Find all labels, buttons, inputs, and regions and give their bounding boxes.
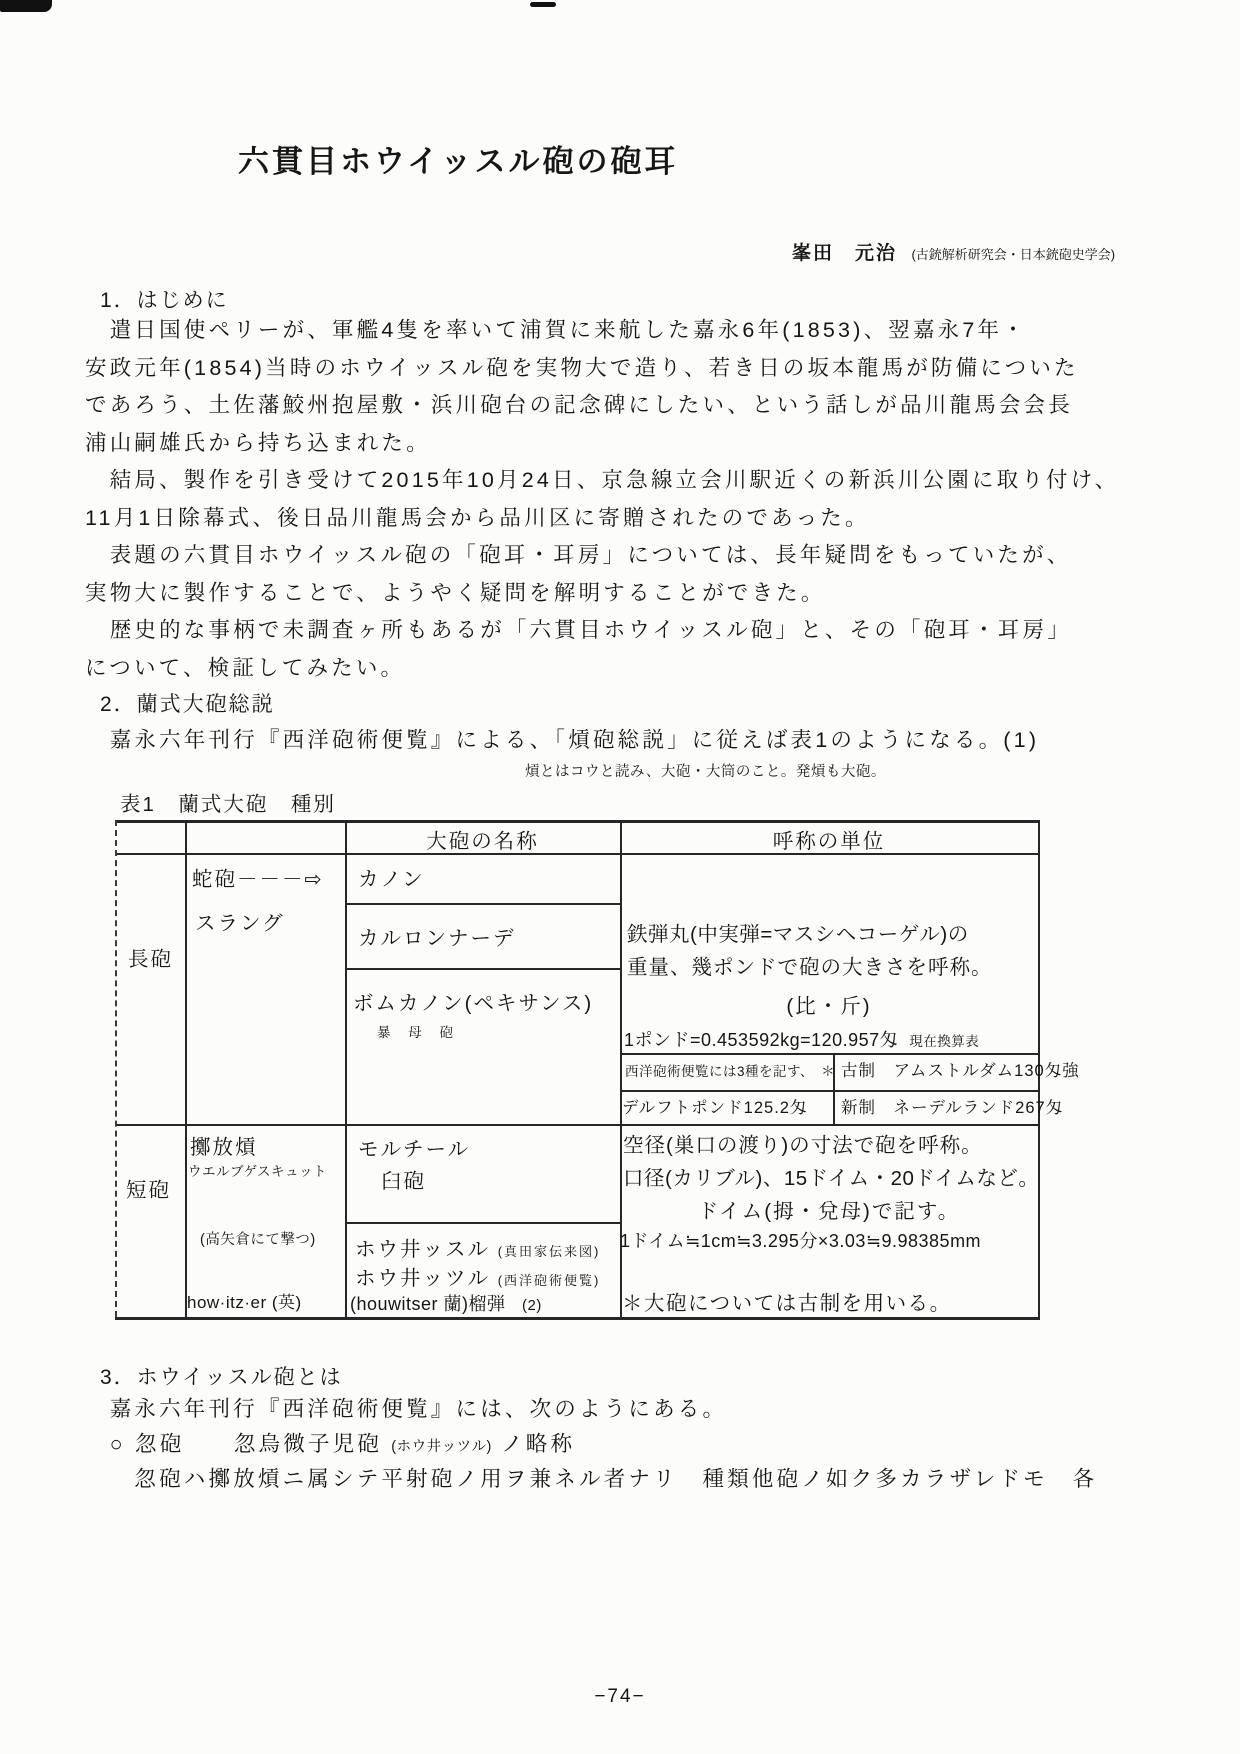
body-line: 実物大に製作することで、ようやく疑問を解明することができた。 (85, 575, 1119, 613)
subtable-r1-right: 古制 アムストルダム130匁強 (841, 1057, 1080, 1081)
howitsuru-reading-note: (ホウ井ッツル) (391, 1439, 492, 1455)
body-line: 結局、製作を引き受けて2015年10月24日、京急線立会川駅近くの新浜川公園に取… (85, 462, 1119, 500)
short-gun-name-4-note: (西洋砲術便覧) (498, 1273, 601, 1288)
long-gun-unit-line-3: (比・斤) (620, 989, 1038, 1019)
table-header-gun-name: 大砲の名称 (345, 824, 620, 854)
table1: 大砲の名称 呼称の単位 長砲 短砲 蛇砲－－－⇨ スラング カノン カルロンナー… (115, 820, 1040, 1320)
table-grid-line (620, 1090, 1040, 1092)
long-gun-name-1: カノン (358, 862, 425, 892)
short-gun-type-2: ウエルブゲスキュット (188, 1160, 327, 1180)
long-gun-type-1: 蛇砲－－－⇨ (192, 862, 324, 892)
subtable-r2-left: デルフトポンド125.2匁 (622, 1094, 807, 1118)
short-gun-type-1: 擲放熕 (190, 1130, 258, 1160)
table-grid-line (115, 1124, 1040, 1126)
long-gun-unit-line-2: 重量、幾ポンドで砲の大きさを呼称。 (627, 950, 993, 980)
short-gun-name-3: ホウ井ッスル (真田家伝来図) (355, 1232, 600, 1262)
table-grid-line (345, 903, 620, 905)
section3-line-1: 嘉永六年刊行『西洋砲術便覧』には、次のようにある。 (85, 1391, 727, 1429)
table-grid-line (115, 820, 1040, 823)
section3-heading: 3．ホウイッスル砲とは (100, 1361, 343, 1391)
body-line: 遣日国使ペリーが、軍艦4隻を率いて浦賀に来航した嘉永6年(1853)、翌嘉永7年… (85, 312, 1119, 350)
short-gun-name-5: (houwitser 蘭)榴弾 (2) (350, 1290, 542, 1316)
long-gun-name-3-sub: 暴 母 砲 (377, 1021, 460, 1041)
short-gun-unit-line-1: 空径(巣口の渡り)の寸法で砲を呼称。 (623, 1128, 983, 1158)
body-line: について、検証してみたい。 (85, 650, 1119, 688)
row-label-long-gun: 長砲 (128, 942, 173, 972)
long-gun-unit-line-4: 1ポンド=0.453592kg=120.957匁 現在換算表 (624, 1026, 979, 1052)
body-line: であろう、土佐藩鮫州抱屋敷・浜川砲台の記念碑にしたい、という話しが品川龍馬会会長 (85, 387, 1119, 425)
body-line: 11月1日除幕式、後日品川龍馬会から品川区に寄贈されたのであった。 (85, 500, 1119, 538)
short-gun-unit-line-5: ＊大砲については古制を用いる。 (622, 1286, 952, 1316)
short-gun-type-3: (高矢倉にて撃つ) (200, 1228, 316, 1249)
section1-heading: 1．はじめに (100, 284, 229, 314)
short-gun-name-3-note: (真田家伝来図) (498, 1244, 601, 1259)
scan-artifact (0, 0, 52, 12)
table-grid-line (345, 1222, 620, 1224)
short-gun-unit-line-4: 1ドイム≒1cm≒3.295分×3.03≒9.98385mm (620, 1227, 981, 1253)
long-gun-name-2: カルロンナーデ (358, 921, 516, 951)
author-affiliation: (古銃解析研究会・日本銃砲史学会) (911, 247, 1115, 262)
short-gun-type-4: how·itz·er (英) (187, 1288, 302, 1313)
document-page: 六貫目ホウイッスル砲の砲耳 峯田 元治 (古銃解析研究会・日本銃砲史学会) 1．… (0, 0, 1240, 1754)
table-grid-line (345, 820, 347, 1317)
author-name: 峯田 元治 (792, 243, 897, 264)
row-label-short-gun: 短砲 (126, 1173, 171, 1203)
body-line: 浦山嗣雄氏から持ち込まれた。 (85, 425, 1119, 463)
long-gun-unit-line-1: 鉄弾丸(中実弾=マスシヘコーゲル)の (627, 917, 969, 947)
table-grid-line (620, 1053, 1040, 1055)
body-line: 表題の六貫目ホウイッスル砲の「砲耳・耳房」については、長年疑問をもっていたが、 (85, 537, 1119, 575)
body-line: 安政元年(1854)当時のホウイッスル砲を実物大で造り、若き日の坂本龍馬が防備に… (85, 350, 1119, 388)
short-gun-name-2: 臼砲 (381, 1164, 426, 1194)
section3-line-3: 忽砲ハ擲放熕ニ属シテ平射砲ノ用ヲ兼ネル者ナリ 種類他砲ノ如ク多カラザレドモ 各 (85, 1461, 1097, 1499)
subtable-r1-left: 西洋砲術便覧には3種を記す、 ＊ (625, 1060, 835, 1080)
body-line: 歴史的な事柄で未調査ヶ所もあるが「六貫目ホウイッスル砲」と、その「砲耳・耳房」 (85, 612, 1119, 650)
short-gun-name-4: ホウ井ッツル (西洋砲術便覧) (355, 1261, 600, 1291)
section1-body: 遣日国使ペリーが、軍艦4隻を率いて浦賀に来航した嘉永6年(1853)、翌嘉永7年… (85, 312, 1119, 687)
table-grid-line (345, 968, 620, 970)
page-title: 六貫目ホウイッスル砲の砲耳 (238, 136, 678, 181)
page-number: −74− (0, 1686, 1240, 1708)
short-gun-unit-line-2: 口径(カリブル)、15ドイム・20ドイムなど。 (623, 1161, 1039, 1191)
table1-caption: 表1 蘭式大砲 種別 (120, 787, 336, 817)
long-gun-name-3: ボムカノン(ペキサンス) (353, 986, 593, 1016)
table-grid-line (115, 1317, 1040, 1320)
section2-gloss-note: 熕とはコウと読み、大砲・大筒のこと。発熕も大砲。 (525, 760, 886, 781)
pound-conversion: 1ポンド=0.453592kg=120.957匁 (624, 1030, 898, 1050)
table-grid-line (115, 820, 117, 1317)
conversion-table-note: 現在換算表 (909, 1034, 979, 1049)
table-grid-line (185, 820, 187, 1317)
reference-2: (2) (522, 1297, 542, 1314)
section2-heading: 2．蘭式大砲総説 (100, 688, 275, 718)
scan-artifact (530, 2, 556, 7)
section2-intro: 嘉永六年刊行『西洋砲術便覧』による、「熕砲総説」に従えば表1のようになる。(1) (85, 722, 1039, 760)
long-gun-type-2: スラング (195, 906, 285, 936)
author-line: 峯田 元治 (古銃解析研究会・日本銃砲史学会) (792, 238, 1115, 265)
subtable-r2-right: 新制 ネーデルランド267匁 (841, 1094, 1063, 1118)
short-gun-name-1: モルチール (358, 1132, 470, 1162)
table-header-unit: 呼称の単位 (620, 824, 1038, 854)
short-gun-unit-line-3: ドイム(拇・兌母)で記す。 (620, 1194, 1038, 1224)
